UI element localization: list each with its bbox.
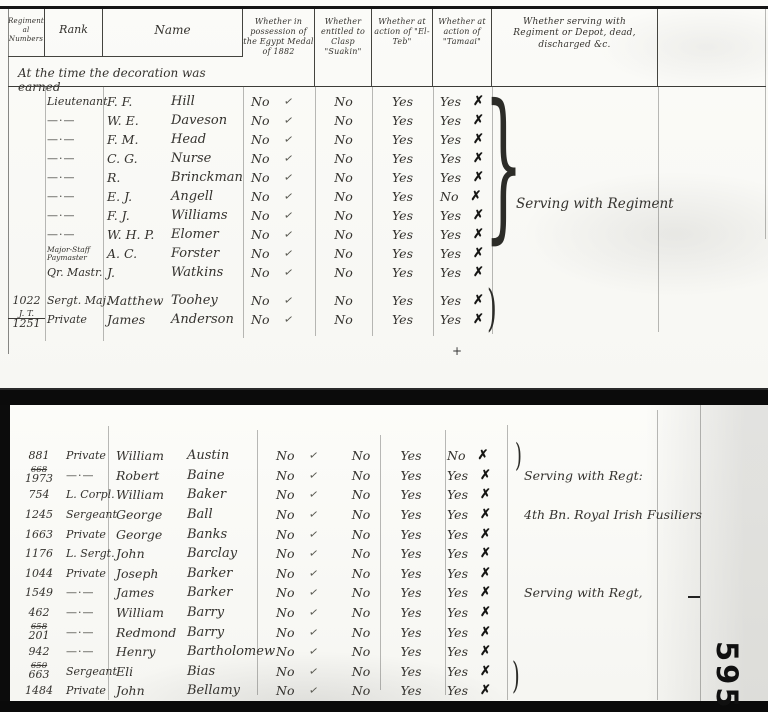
medal-cell-value: No: [251, 113, 269, 128]
tamaai-cell-value: Yes: [447, 566, 468, 581]
cross-mark: ✗: [473, 293, 484, 308]
clasp-cell: No: [340, 448, 382, 463]
cross-mark: ✗: [480, 507, 491, 522]
surname-cell: Banks: [186, 527, 268, 542]
elteb-cell: Yes: [372, 246, 433, 261]
clasp-cell: No: [340, 546, 382, 561]
clasp-cell-value: No: [334, 132, 352, 147]
header-regimental-number: Regimental Numbers: [8, 9, 45, 57]
table-row: 1663PrivateGeorgeBanksNo✓NoYesYes✗: [14, 524, 674, 544]
surname-cell: Barclay: [186, 546, 268, 561]
plus-mark: +: [452, 344, 462, 358]
number: 1245: [14, 510, 64, 519]
number: 1973: [14, 474, 64, 483]
first-name-cell: John: [112, 546, 186, 561]
medal-cell-value: No: [251, 170, 269, 185]
clasp-cell: No: [315, 132, 372, 147]
clasp-cell: No: [340, 625, 382, 640]
header-clasp-suakin: Whether entitled to Clasp "Suakin": [315, 9, 372, 86]
table-row: 754L. Corpl.WilliamBakerNo✓NoYesYes✗: [14, 485, 674, 505]
number: 1663: [14, 530, 64, 539]
medal-cell-value: No: [276, 468, 294, 483]
medal-cell: No✓: [243, 113, 315, 128]
tamaai-cell-value: No: [447, 448, 465, 463]
rank-cell: Qr. Mastr.: [45, 266, 103, 279]
page-edge-rule: [765, 9, 766, 239]
medal-cell: No✓: [268, 468, 340, 483]
cross-mark: ✗: [473, 170, 484, 185]
medal-cell: No✓: [268, 527, 340, 542]
elteb-cell-value: Yes: [392, 312, 413, 327]
medal-cell: No✓: [268, 605, 340, 620]
tamaai-cell: Yes✗: [440, 644, 512, 659]
regimental-number-cell: 1549: [14, 588, 64, 597]
tamaai-cell-value: No: [440, 189, 458, 204]
rank-cell: —·—: [64, 606, 112, 619]
regimental-number-cell: 1022: [8, 296, 45, 305]
elteb-cell-value: Yes: [392, 246, 413, 261]
surname-cell: Daveson: [170, 113, 243, 128]
medal-cell: No✓: [243, 151, 315, 166]
clasp-cell-value: No: [334, 312, 352, 327]
tamaai-cell-value: Yes: [447, 585, 468, 600]
medal-cell: No✓: [268, 448, 340, 463]
elteb-cell: Yes: [372, 113, 433, 128]
medal-cell-value: No: [251, 151, 269, 166]
clasp-cell: No: [315, 227, 372, 242]
number: 1176: [14, 549, 64, 558]
surname-cell: Head: [170, 132, 243, 147]
first-name-cell: A. C.: [103, 246, 170, 261]
cross-mark: ✗: [473, 227, 484, 242]
table-row: —·—W. H. P.ElomerNo✓NoYesYes✗: [8, 225, 658, 244]
elteb-cell-value: Yes: [401, 487, 422, 502]
first-name-cell: George: [112, 527, 186, 542]
clasp-cell-value: No: [352, 527, 370, 542]
table-row: 1245SergeantGeorgeBallNo✓NoYesYes✗4th Bn…: [14, 505, 674, 525]
rank-cell: Private: [64, 449, 112, 462]
clasp-cell: No: [340, 585, 382, 600]
tamaai-cell: Yes✗: [440, 683, 512, 698]
tamaai-cell: Yes✗: [440, 585, 512, 600]
table-row: 1176L. Sergt.JohnBarclayNo✓NoYesYes✗: [14, 544, 674, 564]
rank-cell: —·—: [64, 586, 112, 599]
scan-bottom-band: [0, 701, 768, 712]
clasp-cell: No: [315, 94, 372, 109]
page-number-stamp: 595: [710, 641, 744, 711]
medal-cell: No✓: [268, 507, 340, 522]
tamaai-cell: Yes✗: [433, 293, 492, 308]
first-name-cell: William: [112, 487, 186, 502]
rank-cell: Major-StaffPaymaster: [45, 246, 103, 261]
torn-edge: [0, 405, 10, 712]
rank-cell: —·—: [45, 171, 103, 184]
elteb-cell: Yes: [372, 227, 433, 242]
elteb-cell: Yes: [382, 585, 440, 600]
remark-cell: Serving with Regt:: [512, 468, 660, 483]
regimental-number-cell: 1484: [14, 686, 64, 695]
header-empty: [658, 9, 766, 86]
clasp-cell-value: No: [334, 265, 352, 280]
elteb-cell: Yes: [372, 94, 433, 109]
medal-cell: No✓: [243, 293, 315, 308]
first-name-cell: George: [112, 507, 186, 522]
check-mark: ✓: [283, 132, 294, 146]
clasp-cell-value: No: [352, 683, 370, 698]
cross-mark: ✗: [477, 448, 488, 463]
check-mark: ✓: [308, 547, 319, 561]
tamaai-cell-value: Yes: [440, 208, 461, 223]
clasp-cell: No: [340, 527, 382, 542]
tamaai-cell-value: Yes: [440, 246, 461, 261]
elteb-cell: Yes: [382, 664, 440, 679]
tamaai-cell: Yes✗: [440, 487, 512, 502]
rank-cell: Sergeant: [64, 665, 112, 678]
elteb-cell-value: Yes: [401, 625, 422, 640]
grouping-paren: ): [512, 660, 520, 694]
cross-mark: ✗: [473, 265, 484, 280]
medal-cell-value: No: [276, 585, 294, 600]
rank-cell: Sergt. Maj.: [45, 294, 103, 307]
cross-mark: ✗: [480, 683, 491, 698]
subheader-note: At the time the decoration was earned: [18, 66, 248, 94]
medal-cell-value: No: [276, 448, 294, 463]
surname-cell: Ball: [186, 507, 268, 522]
first-name-cell: William: [112, 448, 186, 463]
clasp-cell: No: [340, 664, 382, 679]
clasp-cell-value: No: [352, 605, 370, 620]
table-row: 942—·—HenryBartholomewNo✓NoYesYes✗: [14, 642, 674, 662]
clasp-cell-value: No: [352, 566, 370, 581]
medal-cell-value: No: [251, 265, 269, 280]
elteb-cell: Yes: [372, 265, 433, 280]
medal-cell-value: No: [251, 208, 269, 223]
cross-mark: ✗: [480, 566, 491, 581]
medal-cell: No✓: [243, 94, 315, 109]
medal-cell: No✓: [243, 312, 315, 327]
table-row: —·—R.BrinckmanNo✓NoYesYes✗: [8, 168, 658, 187]
surname-cell: Hill: [170, 94, 243, 109]
check-mark: ✓: [308, 468, 319, 482]
elteb-cell-value: Yes: [401, 585, 422, 600]
cross-mark: ✗: [473, 132, 484, 147]
check-mark: ✓: [283, 246, 294, 260]
clasp-cell-value: No: [334, 208, 352, 223]
rank-cell: —·—: [45, 228, 103, 241]
elteb-cell: Yes: [372, 312, 433, 327]
grouping-brace: }: [484, 86, 495, 246]
medal-cell: No✓: [243, 189, 315, 204]
elteb-cell-value: Yes: [401, 546, 422, 561]
remark-cell: 4th Bn. Royal Irish Fusiliers: [512, 507, 660, 522]
rank-cell: Private: [45, 313, 103, 326]
regimental-number-cell: 881: [14, 451, 64, 460]
medal-cell: No✓: [243, 170, 315, 185]
cross-mark: ✗: [480, 546, 491, 561]
first-name-cell: F. F.: [103, 94, 170, 109]
elteb-cell-value: Yes: [401, 605, 422, 620]
clasp-cell: No: [340, 605, 382, 620]
table-row: 658201—·—RedmondBarryNo✓NoYesYes✗: [14, 622, 674, 642]
elteb-cell: Yes: [372, 293, 433, 308]
rank-cell: —·—: [45, 190, 103, 203]
table-row: 1022Sergt. Maj.MatthewTooheyNo✓NoYesYes✗: [8, 291, 658, 310]
check-mark: ✓: [283, 227, 294, 241]
check-mark: ✓: [308, 586, 319, 600]
table-row: LieutenantF. F.HillNo✓NoYesYes✗: [8, 92, 658, 111]
check-mark: ✓: [283, 265, 294, 279]
cross-mark: ✗: [480, 644, 491, 659]
first-name-cell: Matthew: [103, 293, 170, 308]
cross-mark: ✗: [480, 625, 491, 640]
check-mark: ✓: [308, 684, 319, 698]
surname-cell: Barry: [186, 605, 268, 620]
clasp-cell-value: No: [334, 94, 352, 109]
check-mark: ✓: [308, 449, 319, 463]
tamaai-cell: Yes✗: [433, 312, 492, 327]
clasp-cell-value: No: [352, 585, 370, 600]
elteb-cell: Yes: [382, 566, 440, 581]
clasp-cell-value: No: [352, 644, 370, 659]
rank-cell: Private: [64, 528, 112, 541]
medal-cell-value: No: [251, 94, 269, 109]
rank-cell: —·—: [45, 152, 103, 165]
header-egypt-medal: Whether in possession of the Egypt Medal…: [243, 9, 315, 86]
elteb-cell: Yes: [372, 132, 433, 147]
header-name: Name: [103, 9, 243, 57]
tamaai-cell-value: Yes: [440, 293, 461, 308]
elteb-cell-value: Yes: [392, 113, 413, 128]
first-name-cell: F. M.: [103, 132, 170, 147]
medal-cell-value: No: [251, 293, 269, 308]
elteb-cell: Yes: [382, 527, 440, 542]
medal-cell-value: No: [276, 683, 294, 698]
number: 1549: [14, 588, 64, 597]
elteb-cell-value: Yes: [392, 132, 413, 147]
clasp-cell: No: [340, 644, 382, 659]
elteb-cell-value: Yes: [392, 189, 413, 204]
check-mark: ✓: [283, 94, 294, 108]
table-row: 650663SergeantEliBiasNo✓NoYesYes✗: [14, 662, 674, 682]
tamaai-cell-value: Yes: [440, 94, 461, 109]
table-row: 462—·—WilliamBarryNo✓NoYesYes✗: [14, 603, 674, 623]
medal-cell: No✓: [243, 227, 315, 242]
clasp-cell-value: No: [334, 293, 352, 308]
serving-note: Serving with Regiment: [516, 196, 674, 212]
elteb-cell: Yes: [372, 189, 433, 204]
check-mark: ✓: [308, 664, 319, 678]
cross-mark: ✗: [480, 487, 491, 502]
number: 942: [14, 647, 64, 656]
check-mark: ✓: [283, 293, 294, 307]
check-mark: ✓: [283, 189, 294, 203]
clasp-cell-value: No: [352, 664, 370, 679]
tamaai-cell: Yes✗: [440, 605, 512, 620]
regimental-number-cell: 1176: [14, 549, 64, 558]
rank-cell: —·—: [64, 645, 112, 658]
surname-cell: Angell: [170, 189, 243, 204]
medal-cell: No✓: [268, 487, 340, 502]
table-row: 1044PrivateJosephBarkerNo✓NoYesYes✗: [14, 564, 674, 584]
elteb-cell: Yes: [382, 605, 440, 620]
surname-cell: Watkins: [170, 265, 243, 280]
surname-cell: Nurse: [170, 151, 243, 166]
regimental-number-cell: 942: [14, 647, 64, 656]
cross-mark: ✗: [473, 246, 484, 261]
surname-cell: Baine: [186, 468, 268, 483]
medal-cell: No✓: [243, 246, 315, 261]
check-mark: ✓: [308, 507, 319, 521]
tamaai-cell-value: Yes: [447, 507, 468, 522]
clasp-cell: No: [315, 151, 372, 166]
medal-cell: No✓: [243, 208, 315, 223]
cross-mark: ✗: [470, 189, 481, 204]
surname-cell: Baker: [186, 487, 268, 502]
number: 754: [14, 490, 64, 499]
elteb-cell: Yes: [382, 625, 440, 640]
grouping-paren: ): [515, 440, 522, 470]
cross-mark: ✗: [473, 94, 484, 109]
clasp-cell: No: [315, 113, 372, 128]
first-name-cell: C. G.: [103, 151, 170, 166]
first-name-cell: Robert: [112, 468, 186, 483]
elteb-cell-value: Yes: [401, 644, 422, 659]
check-mark: ✓: [283, 208, 294, 222]
first-name-cell: W. H. P.: [103, 227, 170, 242]
clasp-cell-value: No: [334, 151, 352, 166]
table-row: 6681973—·—RobertBaineNo✓NoYesYes✗Serving…: [14, 466, 674, 486]
surname-cell: Toohey: [170, 293, 243, 308]
clasp-cell: No: [340, 507, 382, 522]
medal-cell-value: No: [276, 546, 294, 561]
clasp-cell: No: [315, 265, 372, 280]
tamaai-cell-value: Yes: [447, 644, 468, 659]
rank-cell: —·—: [64, 626, 112, 639]
medal-cell-value: No: [251, 132, 269, 147]
number: 1044: [14, 569, 64, 578]
elteb-cell: Yes: [382, 487, 440, 502]
tamaai-cell: Yes✗: [440, 527, 512, 542]
surname-cell: Bellamy: [186, 683, 268, 698]
check-mark: ✓: [308, 605, 319, 619]
surname-cell: Bartholomew: [186, 644, 268, 659]
tamaai-cell-value: Yes: [440, 113, 461, 128]
surname-cell: Brinckman: [170, 170, 243, 185]
elteb-cell: Yes: [382, 546, 440, 561]
cross-mark: ✗: [480, 664, 491, 679]
clasp-cell: No: [340, 468, 382, 483]
remark-cell: Serving with Regt,: [512, 585, 660, 600]
check-mark: ✓: [283, 170, 294, 184]
tamaai-cell: Yes✗: [440, 664, 512, 679]
regimental-number-cell: 658201: [14, 624, 64, 641]
tamaai-cell: Yes✗: [440, 546, 512, 561]
page-edge-rule: [700, 405, 701, 701]
medal-cell: No✓: [243, 132, 315, 147]
tamaai-cell: Yes✗: [440, 625, 512, 640]
clasp-cell-value: No: [334, 170, 352, 185]
elteb-cell-value: Yes: [392, 94, 413, 109]
cross-mark: ✗: [480, 605, 491, 620]
tamaai-cell: Yes✗: [433, 265, 492, 280]
clasp-cell: No: [315, 312, 372, 327]
surname-cell: Williams: [170, 208, 243, 223]
elteb-cell-value: Yes: [392, 151, 413, 166]
header-el-teb: Whether at action of "El-Teb": [372, 9, 433, 86]
rank-cell: L. Sergt.: [64, 547, 112, 560]
surname-cell: Barry: [186, 625, 268, 640]
tamaai-cell: Yes✗: [440, 468, 512, 483]
stray-dash: [688, 596, 700, 598]
clasp-cell-value: No: [334, 113, 352, 128]
tamaai-cell-value: Yes: [440, 132, 461, 147]
clasp-cell-value: No: [334, 189, 352, 204]
clasp-cell: No: [340, 566, 382, 581]
cross-mark: ✗: [473, 151, 484, 166]
medal-cell: No✓: [268, 625, 340, 640]
elteb-cell-value: Yes: [392, 265, 413, 280]
regimental-number-cell: 1044: [14, 569, 64, 578]
tamaai-cell-value: Yes: [447, 487, 468, 502]
medal-cell-value: No: [251, 189, 269, 204]
number: 1484: [14, 686, 64, 695]
medal-cell: No✓: [268, 664, 340, 679]
cross-mark: ✗: [480, 527, 491, 542]
elteb-cell-value: Yes: [401, 566, 422, 581]
clasp-cell-value: No: [352, 468, 370, 483]
clasp-cell: No: [315, 293, 372, 308]
elteb-cell-value: Yes: [392, 293, 413, 308]
medal-cell-value: No: [276, 644, 294, 659]
clasp-cell: No: [340, 487, 382, 502]
first-name-cell: Henry: [112, 644, 186, 659]
table-row: Qr. Mastr.J.WatkinsNo✓NoYesYes✗: [8, 263, 658, 282]
medal-cell: No✓: [268, 585, 340, 600]
elteb-cell: Yes: [382, 683, 440, 698]
number: 1251: [8, 319, 45, 328]
elteb-cell-value: Yes: [392, 227, 413, 242]
check-mark: ✓: [308, 527, 319, 541]
number: 881: [14, 451, 64, 460]
cross-mark: ✗: [473, 113, 484, 128]
table-row: Major-StaffPaymasterA. C.ForsterNo✓NoYes…: [8, 244, 658, 263]
check-mark: ✓: [283, 113, 294, 127]
regimental-number-cell: 1663: [14, 530, 64, 539]
number: 462: [14, 608, 64, 617]
bottom-section-rows: 881PrivateWilliamAustinNo✓NoYesNo✗668197…: [14, 446, 674, 701]
first-name-cell: John: [112, 683, 186, 698]
medal-cell-value: No: [276, 566, 294, 581]
clasp-cell-value: No: [352, 625, 370, 640]
medal-cell-value: No: [251, 312, 269, 327]
elteb-cell: Yes: [382, 448, 440, 463]
rank-cell: Private: [64, 684, 112, 697]
table-row: 1484PrivateJohnBellamyNo✓NoYesYes✗: [14, 681, 674, 701]
regimental-number-cell: 6681973: [14, 467, 64, 484]
elteb-cell: Yes: [372, 208, 433, 223]
tamaai-cell-value: Yes: [447, 664, 468, 679]
elteb-cell: Yes: [372, 170, 433, 185]
medal-cell: No✓: [268, 566, 340, 581]
medal-cell-value: No: [251, 227, 269, 242]
scanned-register-page: Regimental Numbers Rank Name Whether in …: [0, 0, 768, 712]
table-header: Regimental Numbers Rank Name Whether in …: [8, 9, 766, 86]
check-mark: ✓: [308, 645, 319, 659]
tamaai-cell-value: Yes: [440, 227, 461, 242]
elteb-cell-value: Yes: [401, 683, 422, 698]
elteb-cell-value: Yes: [401, 448, 422, 463]
number: 1022: [8, 296, 45, 305]
